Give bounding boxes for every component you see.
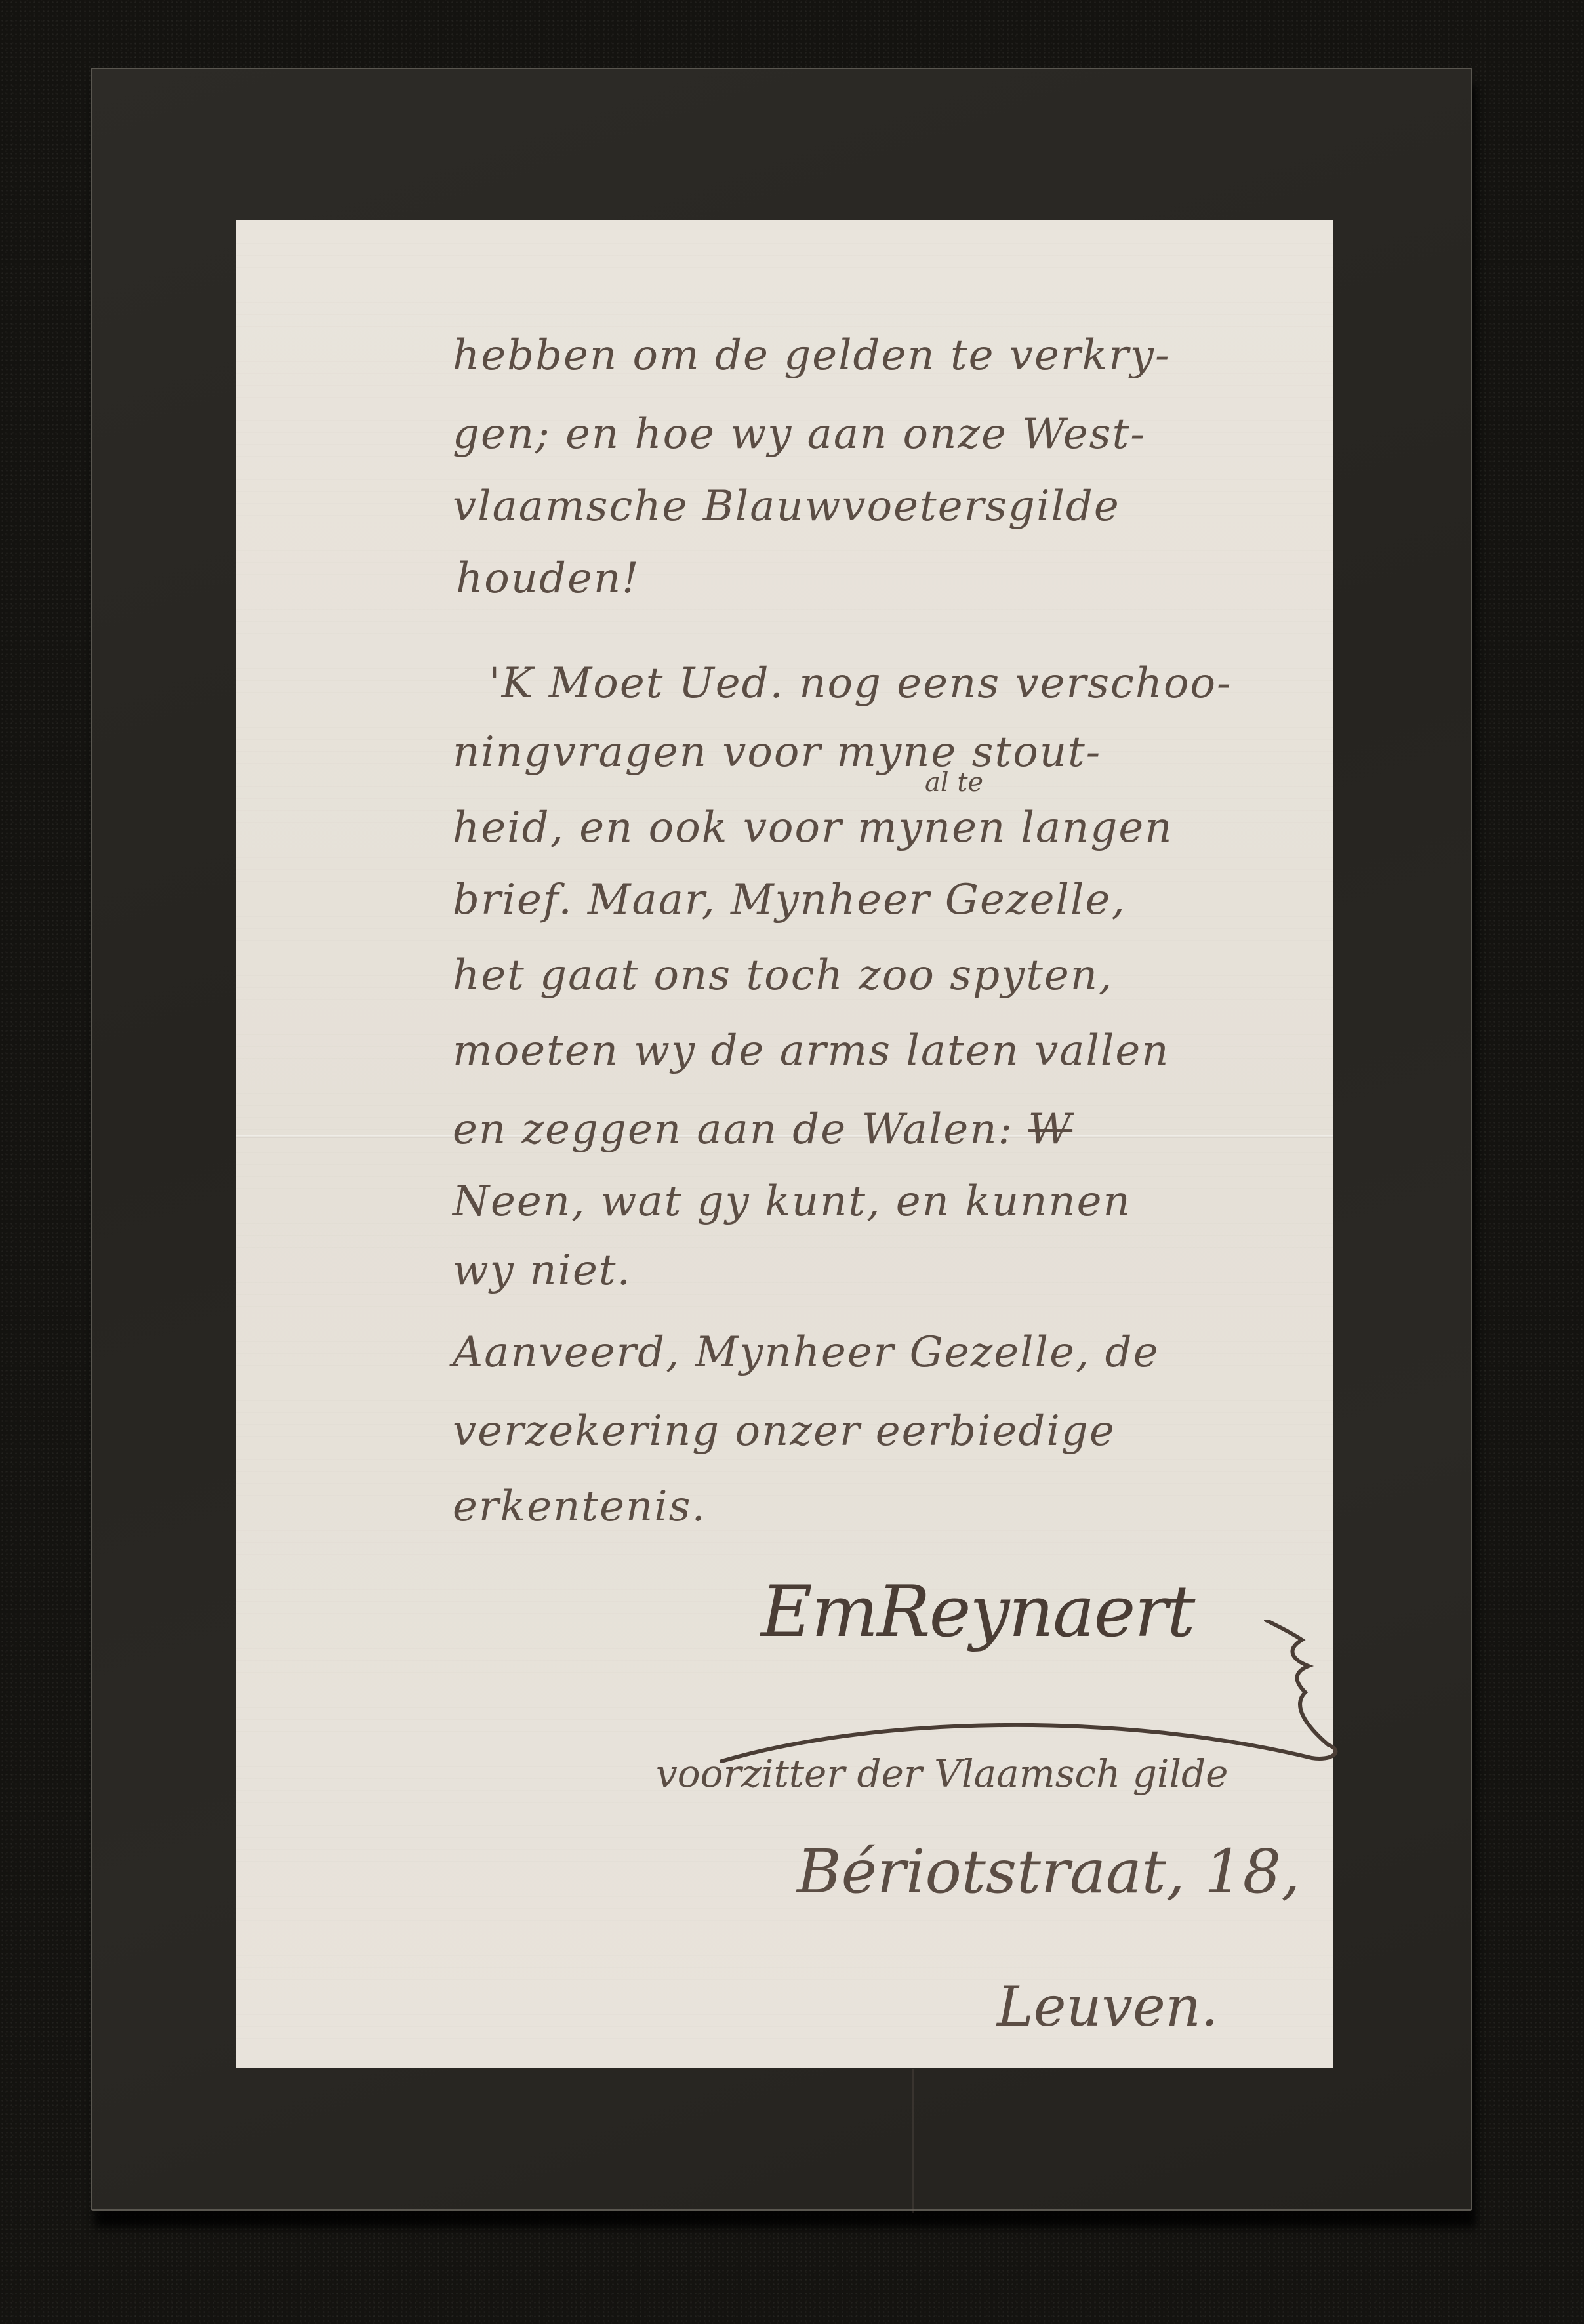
letter-line-5: 'K Moet Ued. nog eens verschoo- xyxy=(489,659,1232,708)
paper-fold-mark xyxy=(912,2069,914,2213)
letter-line-13: wy niet. xyxy=(453,1246,632,1295)
closing-city: Leuven. xyxy=(997,1974,1219,2039)
letter-line-9: het gaat ons toch zoo spyten, xyxy=(453,951,1113,1000)
letter-line-12: Neen, wat gy kunt, en kunnen xyxy=(453,1177,1131,1226)
letter-line-16: erkentenis. xyxy=(453,1482,706,1531)
closing-title: voorzitter der Vlaamsch gilde xyxy=(656,1751,1228,1796)
closing-street: Bériotstraat, 18, xyxy=(797,1837,1300,1907)
letter-line-11-text: en zeggen aan de Walen: xyxy=(453,1105,1013,1154)
letter-line-6: ningvragen voor myne stout- xyxy=(453,728,1101,777)
letter-line-11: en zeggen aan de Walen: W xyxy=(453,1105,1072,1154)
struck-out-letter: W xyxy=(1028,1105,1072,1154)
letter-line-7: heid, en ook voor mynen langen xyxy=(453,804,1173,852)
letter-line-4: houden! xyxy=(456,554,640,603)
letter-line-8: brief. Maar, Mynheer Gezelle, xyxy=(453,876,1126,924)
inserted-words: al te xyxy=(925,767,983,798)
letter-line-14: Aanveerd, Mynheer Gezelle, de xyxy=(453,1328,1160,1377)
letter-line-15: verzekering onzer eerbiedige xyxy=(453,1407,1116,1456)
letter-line-3: vlaamsche Blauwvoetersgilde xyxy=(453,482,1120,531)
letter-line-2: gen; en hoe wy aan onze West- xyxy=(453,410,1146,459)
letter-line-1: hebben om de gelden te verkry- xyxy=(453,331,1171,380)
letter-line-10: moeten wy de arms laten vallen xyxy=(453,1027,1169,1075)
